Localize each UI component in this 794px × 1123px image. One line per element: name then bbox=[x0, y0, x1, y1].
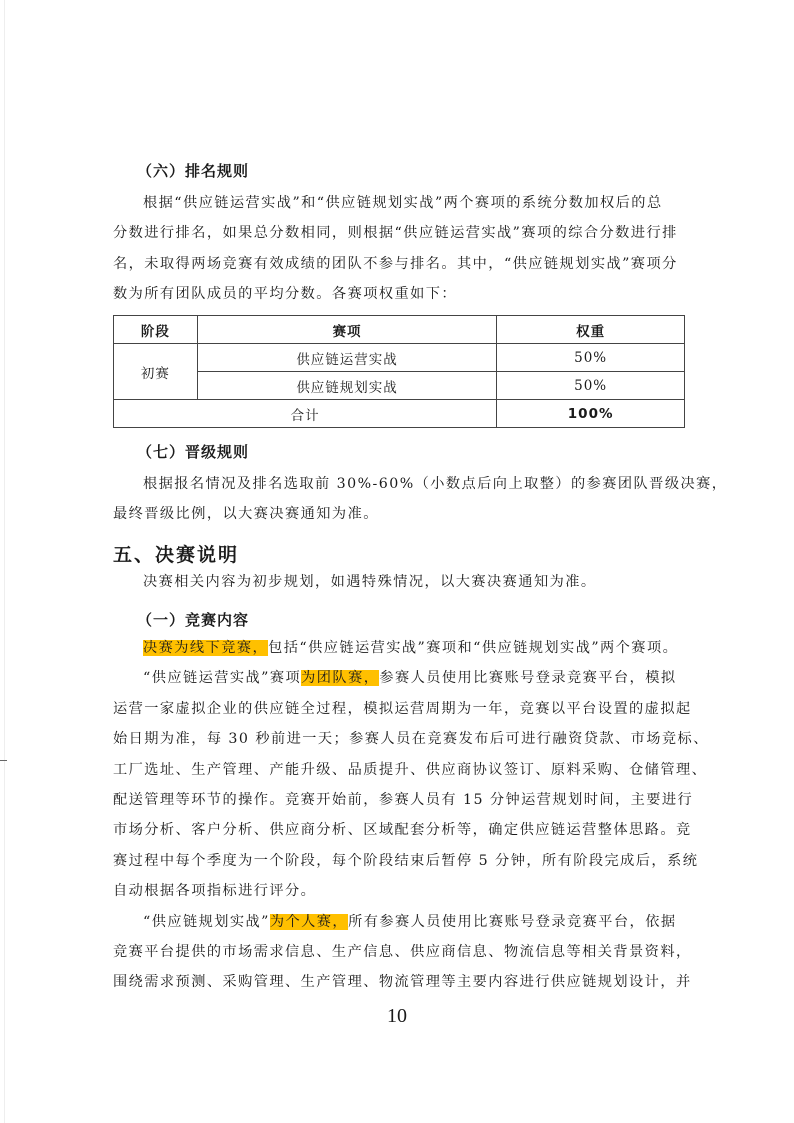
table-header-row: 阶段 赛项 权重 bbox=[114, 316, 685, 344]
highlighted-text: 决赛为线下竞赛， bbox=[143, 640, 268, 656]
text-span: “供应链规划实战” bbox=[143, 914, 270, 930]
text-line: 决赛为线下竞赛，包括“供应链运营实战”赛项和“供应链规划实战”两个赛项。 bbox=[113, 633, 683, 663]
text-line: 决赛相关内容为初步规划，如遇特殊情况，以大赛决赛通知为准。 bbox=[113, 567, 683, 597]
table-row: 供应链规划实战 50% bbox=[114, 372, 685, 400]
binding-mark bbox=[0, 760, 7, 761]
text-line: 配送管理等环节的操作。竞赛开始前，参赛人员有 15 分钟运营规划时间，主要进行 bbox=[113, 785, 683, 815]
text-line: 自动根据各项指标进行评分。 bbox=[113, 876, 683, 906]
event-cell: 供应链运营实战 bbox=[197, 344, 496, 372]
text-span: 所有参赛人员使用比赛账号登录竞赛平台，依据 bbox=[348, 914, 676, 930]
text-line: 根据“供应链运营实战”和“供应链规划实战”两个赛项的系统分数加权后的总 bbox=[113, 188, 683, 218]
text-span: 参赛人员使用比赛账号登录竞赛平台，模拟 bbox=[379, 670, 676, 686]
weight-cell: 50% bbox=[497, 344, 685, 372]
stage-cell: 初赛 bbox=[114, 344, 198, 400]
document-page: （六）排名规则 根据“供应链运营实战”和“供应链规划实战”两个赛项的系统分数加权… bbox=[0, 0, 794, 1123]
scan-edge bbox=[4, 0, 5, 1123]
weights-table: 阶段 赛项 权重 初赛 供应链运营实战 50% 供应链规划实战 50% 合计 1… bbox=[113, 315, 685, 428]
subsection-heading-content: （一）竞赛内容 bbox=[137, 609, 249, 630]
highlighted-text: 为个人赛， bbox=[270, 914, 348, 930]
ranking-rules-paragraph: 根据“供应链运营实战”和“供应链规划实战”两个赛项的系统分数加权后的总 分数进行… bbox=[113, 188, 683, 310]
text-line: 赛过程中每个季度为一个阶段，每个阶段结束后暂停 5 分钟，所有阶段完成后，系统 bbox=[113, 846, 683, 876]
text-line: 工厂选址、生产管理、产能升级、品质提升、供应商协议签订、原料采购、仓储管理、 bbox=[113, 755, 683, 785]
total-label-cell: 合计 bbox=[114, 400, 497, 428]
text-line: 运营一家虚拟企业的供应链全过程，模拟运营周期为一年，竞赛以平台设置的虚拟起 bbox=[113, 694, 683, 724]
header-stage: 阶段 bbox=[114, 316, 198, 344]
total-weight-cell: 100% bbox=[497, 400, 685, 428]
text-line: 始日期为准，每 30 秒前进一天；参赛人员在竞赛发布后可进行融资贷款、市场竞标、 bbox=[113, 724, 683, 754]
weight-cell: 50% bbox=[497, 372, 685, 400]
section-heading-ranking-rules: （六）排名规则 bbox=[137, 160, 249, 181]
text-line: 数为所有团队成员的平均分数。各赛项权重如下： bbox=[113, 279, 683, 309]
text-line: 最终晋级比例，以大赛决赛通知为准。 bbox=[113, 499, 683, 529]
table-row: 初赛 供应链运营实战 50% bbox=[114, 344, 685, 372]
text-span: 包括“供应链运营实战”赛项和“供应链规划实战”两个赛项。 bbox=[268, 640, 678, 656]
text-line: 竞赛平台提供的市场需求信息、生产信息、供应商信息、物流信息等相关背景资料， bbox=[113, 937, 683, 967]
event-cell: 供应链规划实战 bbox=[197, 372, 496, 400]
header-event: 赛项 bbox=[197, 316, 496, 344]
table-total-row: 合计 100% bbox=[114, 400, 685, 428]
text-line: 名，未取得两场竞赛有效成绩的团队不参与排名。其中，“供应链规划实战”赛项分 bbox=[113, 249, 683, 279]
promotion-rules-paragraph: 根据报名情况及排名选取前 30%-60%（小数点后向上取整）的参赛团队晋级决赛，… bbox=[113, 469, 683, 530]
page-number: 10 bbox=[0, 1005, 794, 1028]
text-line: 根据报名情况及排名选取前 30%-60%（小数点后向上取整）的参赛团队晋级决赛， bbox=[113, 469, 683, 499]
competition-content-paragraphs: 决赛为线下竞赛，包括“供应链运营实战”赛项和“供应链规划实战”两个赛项。 “供应… bbox=[113, 633, 683, 998]
header-weight: 权重 bbox=[497, 316, 685, 344]
highlighted-text: 为团队赛， bbox=[301, 670, 379, 686]
finals-intro-paragraph: 决赛相关内容为初步规划，如遇特殊情况，以大赛决赛通知为准。 bbox=[113, 567, 683, 597]
text-line: 分数进行排名，如果总分数相同，则根据“供应链运营实战”赛项的综合分数进行排 bbox=[113, 218, 683, 248]
text-line: “供应链规划实战”为个人赛，所有参赛人员使用比赛账号登录竞赛平台，依据 bbox=[113, 907, 683, 937]
text-span: “供应链运营实战”赛项 bbox=[143, 670, 301, 686]
text-line: 围绕需求预测、采购管理、生产管理、物流管理等主要内容进行供应链规划设计，并 bbox=[113, 967, 683, 997]
section-heading-promotion-rules: （七）晋级规则 bbox=[137, 441, 249, 462]
chapter-heading-finals: 五、决赛说明 bbox=[113, 540, 239, 567]
text-line: 市场分析、客户分析、供应商分析、区域配套分析等，确定供应链运营整体思路。竞 bbox=[113, 815, 683, 845]
text-line: “供应链运营实战”赛项为团队赛，参赛人员使用比赛账号登录竞赛平台，模拟 bbox=[113, 663, 683, 693]
